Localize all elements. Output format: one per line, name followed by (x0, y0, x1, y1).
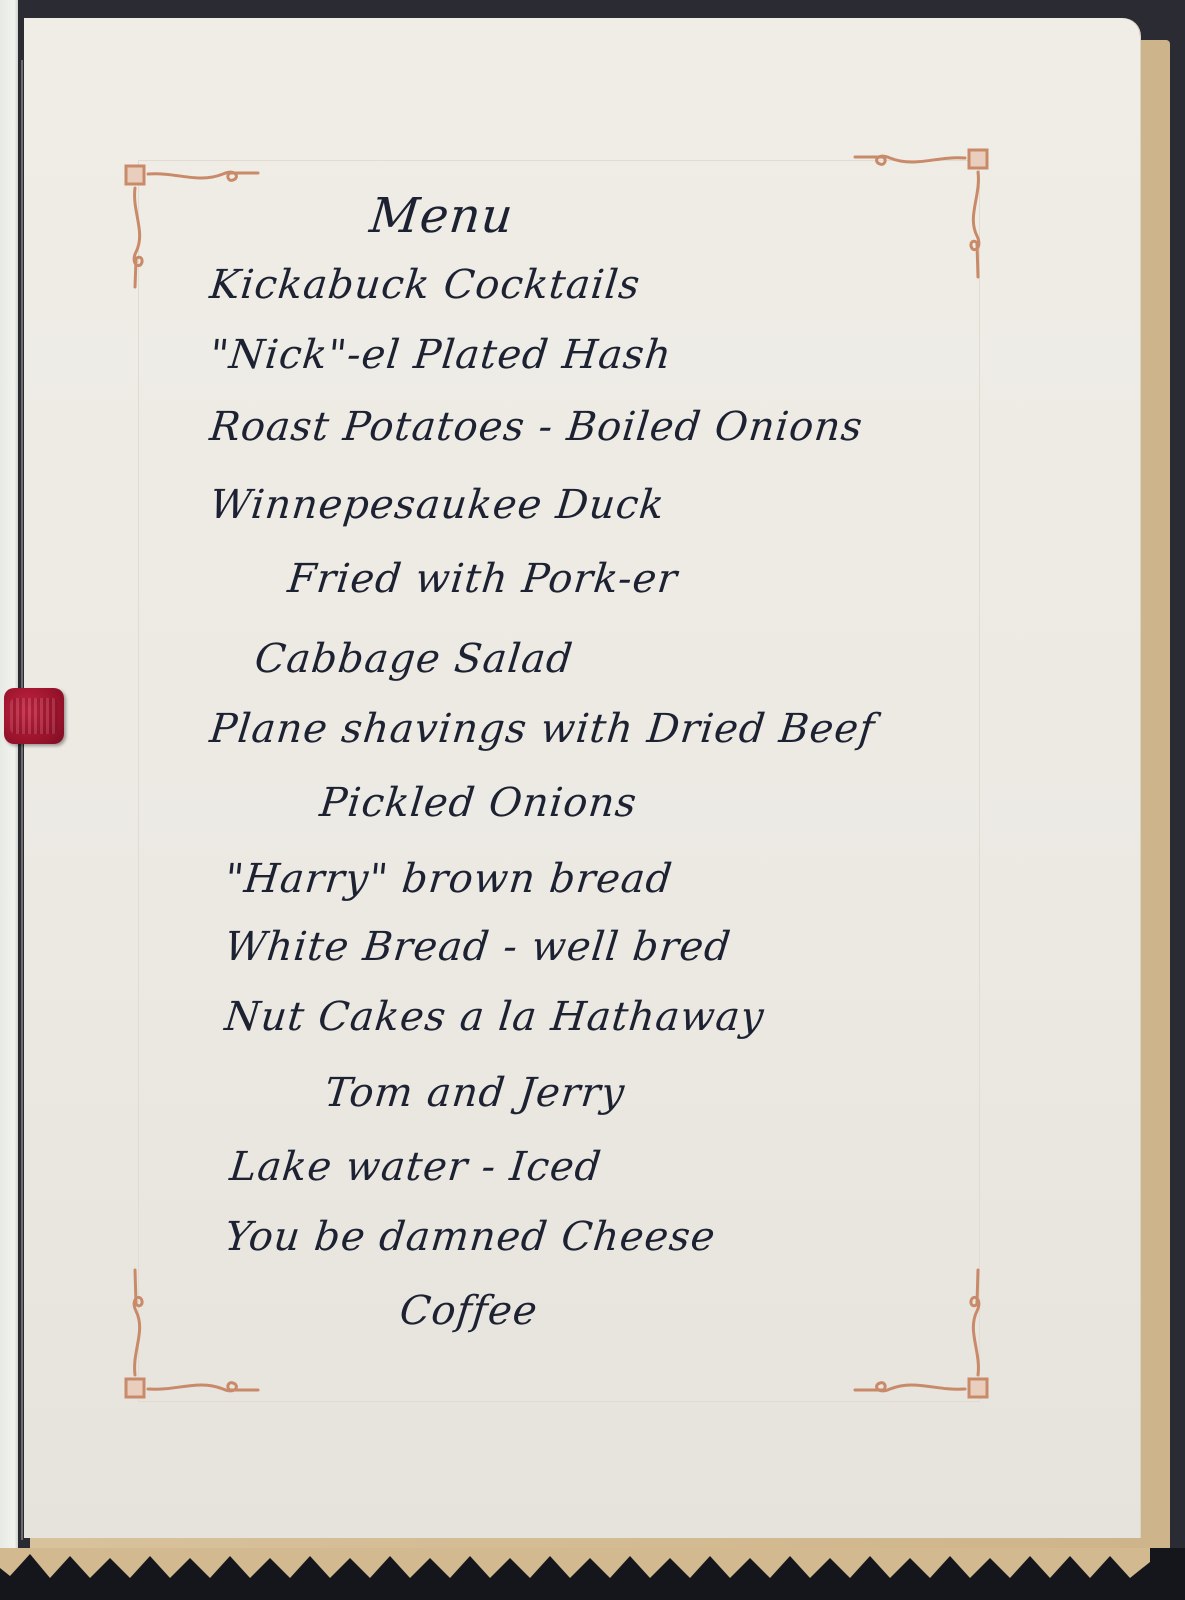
menu-item: Nut Cakes a la Hathaway (223, 994, 767, 1040)
menu-item: Coffee (398, 1288, 540, 1334)
menu-item: Winnepesaukee Duck (208, 482, 667, 528)
deckled-bottom-edge (0, 1548, 1185, 1600)
menu-item: White Bread - well bred (223, 924, 734, 970)
menu-item: Tom and Jerry (323, 1070, 628, 1116)
menu-item: Roast Potatoes - Boiled Onions (208, 404, 866, 450)
menu-item: Cabbage Salad (253, 636, 576, 682)
menu-item: Kickabuck Cocktails (208, 262, 643, 308)
menu-item: "Nick"-el Plated Hash (208, 332, 674, 378)
menu-text-block: Menu Kickabuck Cocktails "Nick"-el Plate… (0, 0, 1185, 1600)
menu-item: Lake water - Iced (228, 1144, 604, 1190)
menu-item: "Harry" brown bread (223, 856, 675, 902)
menu-item: You be damned Cheese (223, 1214, 718, 1260)
menu-item: Fried with Pork-er (286, 556, 680, 602)
menu-item: Pickled Onions (318, 780, 640, 826)
menu-title: Menu (367, 188, 516, 244)
menu-item: Plane shavings with Dried Beef (208, 706, 878, 752)
